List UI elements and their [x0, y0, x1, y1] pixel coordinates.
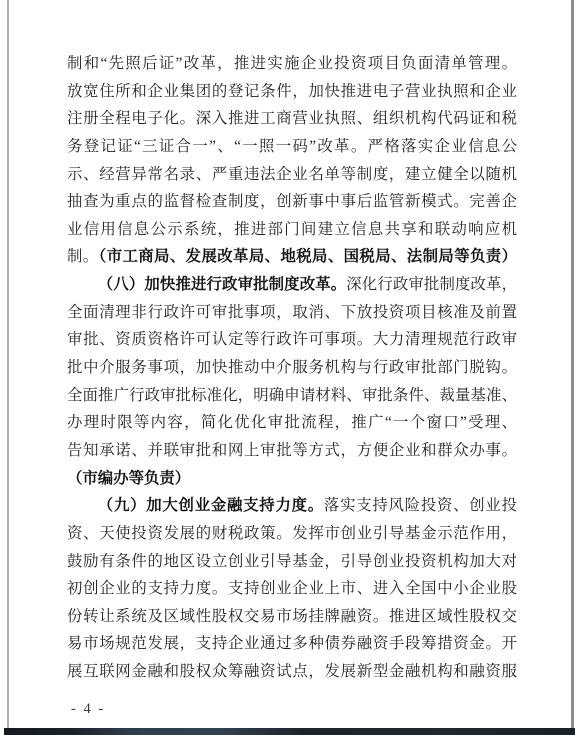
text-line: 批中介服务事项，加快推动中介服务机构与行政审批部门脱钩。 — [67, 354, 517, 382]
text-line: 制和“先照后证”改革，推进实施企业投资项目负面清单管理。 — [67, 50, 517, 78]
page-number: - 4 - — [71, 699, 105, 719]
scan-right-edge-line — [571, 0, 574, 735]
document-text: 制和“先照后证”改革，推进实施企业投资项目负面清单管理。放宽住所和企业集团的登记… — [67, 50, 517, 686]
text-line: 业信用信息公示系统，推进部门间建立信息共享和联动响应机 — [67, 216, 517, 244]
text-line: 制。（市工商局、发展改革局、地税局、国税局、法制局等负责） — [67, 243, 517, 271]
bold-text-run: （八）加快推进行政审批制度改革。 — [98, 276, 346, 293]
bold-text-run: （九）加大创业金融支持力度。 — [98, 497, 324, 514]
body-text-run: 务登记证“三证合一”、“一照一码”改革。严格落实企业信息公 — [67, 138, 517, 155]
body-text-run: 办理时限等内容，简化优化审批流程，推广“一个窗口”受理、 — [67, 414, 517, 431]
body-text-run: 制。 — [67, 248, 99, 265]
body-text-run: 展互联网金融和股权众筹融资试点，发展新型金融机构和融资服 — [67, 663, 517, 680]
text-line: 告知承诺、并联审批和网上审批等方式，方便企业和群众办事。 — [67, 437, 517, 465]
text-line: 全面清理非行政许可审批事项，取消、下放投资项目核准及前置 — [67, 299, 517, 327]
body-text-run: 初创企业的支持力度。支持创业企业上市、进入全国中小企业股 — [67, 580, 517, 597]
text-line: 放宽住所和企业集团的登记条件，加快推进电子营业执照和企业 — [67, 78, 517, 106]
body-text-run: 告知承诺、并联审批和网上审批等方式，方便企业和群众办事。 — [67, 442, 517, 459]
text-line: （市编办等负责） — [67, 465, 517, 493]
body-text-run: 深化行政审批制度改革， — [346, 276, 517, 293]
body-text-run: 易市场规范发展，支持企业通过多种债券融资手段筹措资金。开 — [67, 635, 517, 652]
text-line: 资、天使投资发展的财税政策。发挥市创业引导基金示范作用， — [67, 520, 517, 548]
text-line: 鼓励有条件的地区设立创业引导基金，引导创业投资机构加大对 — [67, 548, 517, 576]
text-line: 易市场规范发展，支持企业通过多种债券融资手段筹措资金。开 — [67, 630, 517, 658]
body-text-run: 批中介服务事项，加快推动中介服务机构与行政审批部门脱钩。 — [67, 359, 517, 376]
text-line: 份转让系统及区域性股权交易市场挂牌融资。推进区域性股权交 — [67, 603, 517, 631]
body-text-run: 份转让系统及区域性股权交易市场挂牌融资。推进区域性股权交 — [67, 608, 517, 625]
document-page: 制和“先照后证”改革，推进实施企业投资项目负面清单管理。放宽住所和企业集团的登记… — [0, 0, 575, 735]
scan-bottom-bar — [4, 728, 575, 735]
body-text-run: 放宽住所和企业集团的登记条件，加快推进电子营业执照和企业 — [67, 83, 517, 100]
body-text-run: 全面清理非行政许可审批事项，取消、下放投资项目核准及前置 — [67, 304, 517, 321]
scan-left-edge-line — [7, 0, 9, 728]
body-text-run: 落实支持风险投资、创业投 — [324, 497, 517, 514]
body-text-run: 资、天使投资发展的财税政策。发挥市创业引导基金示范作用， — [67, 525, 517, 542]
body-text-run: 审批、资质资格许可认定等行政许可事项。大力清理规范行政审 — [67, 331, 517, 348]
body-text-run: 鼓励有条件的地区设立创业引导基金，引导创业投资机构加大对 — [67, 553, 517, 570]
text-line: 抽查为重点的监督检查制度，创新事中事后监管新模式。完善企 — [67, 188, 517, 216]
text-line: 务登记证“三证合一”、“一照一码”改革。严格落实企业信息公 — [67, 133, 517, 161]
body-text-run: 抽查为重点的监督检查制度，创新事中事后监管新模式。完善企 — [67, 193, 517, 210]
text-line: 初创企业的支持力度。支持创业企业上市、进入全国中小企业股 — [67, 575, 517, 603]
text-line: 全面推广行政审批标准化，明确申请材料、审批条件、裁量基准、 — [67, 382, 517, 410]
body-text-run: 制和“先照后证”改革，推进实施企业投资项目负面清单管理。 — [67, 55, 517, 72]
text-line: （八）加快推进行政审批制度改革。深化行政审批制度改革， — [67, 271, 517, 299]
body-text-run: 全面推广行政审批标准化，明确申请材料、审批条件、裁量基准、 — [67, 387, 517, 404]
text-line: （九）加大创业金融支持力度。落实支持风险投资、创业投 — [67, 492, 517, 520]
bold-text-run: （市编办等负责） — [67, 470, 190, 487]
text-line: 注册全程电子化。深入推进工商营业执照、组织机构代码证和税 — [67, 105, 517, 133]
bold-text-run: （市工商局、发展改革局、地税局、国税局、法制局等负责） — [99, 248, 517, 265]
text-line: 展互联网金融和股权众筹融资试点，发展新型金融机构和融资服 — [67, 658, 517, 686]
body-text-run: 业信用信息公示系统，推进部门间建立信息共享和联动响应机 — [67, 221, 517, 238]
body-text-run: 示、经营异常名录、严重违法企业名单等制度，建立健全以随机 — [67, 166, 517, 183]
body-text-run: 注册全程电子化。深入推进工商营业执照、组织机构代码证和税 — [67, 110, 517, 127]
text-line: 示、经营异常名录、严重违法企业名单等制度，建立健全以随机 — [67, 161, 517, 189]
text-line: 办理时限等内容，简化优化审批流程，推广“一个窗口”受理、 — [67, 409, 517, 437]
text-line: 审批、资质资格许可认定等行政许可事项。大力清理规范行政审 — [67, 326, 517, 354]
